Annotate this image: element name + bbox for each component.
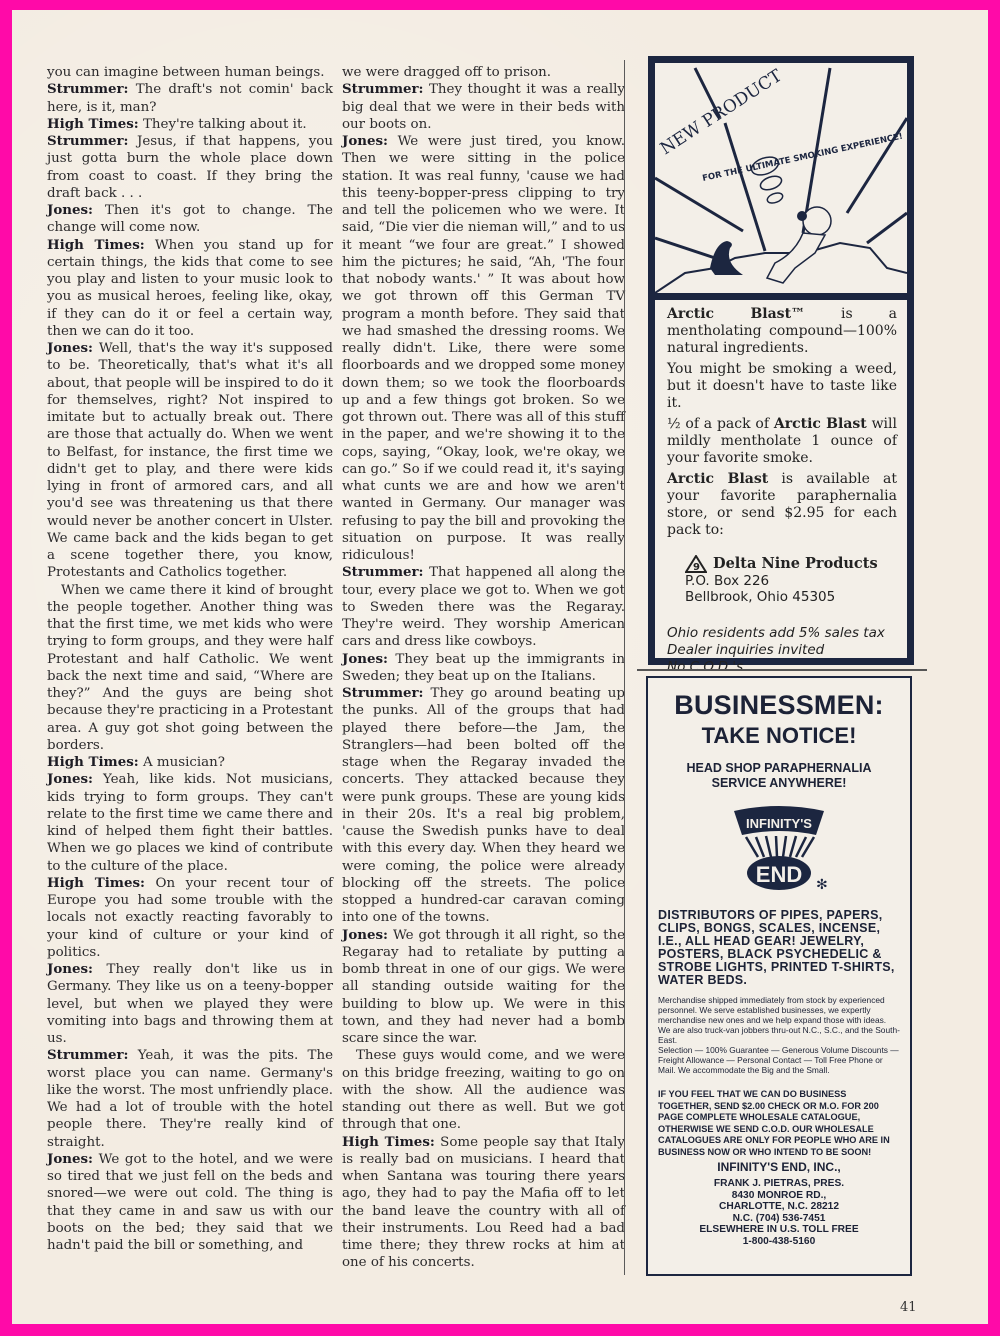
interview-paragraph: Jones: We got to the hotel, and we were …: [47, 1151, 333, 1255]
page-number: 41: [900, 1300, 917, 1315]
svg-text:✻: ✻: [816, 876, 828, 892]
speaker-label: Strummer:: [47, 133, 129, 149]
speaker-label: High Times:: [47, 237, 145, 253]
speaker-label: High Times:: [47, 754, 139, 770]
interview-paragraph: we were dragged off to prison.: [342, 64, 625, 81]
svg-text:NEW PRODUCT: NEW PRODUCT: [657, 65, 786, 159]
article-column-1: you can imagine between human beings.Str…: [47, 64, 333, 1254]
speaker-label: Jones:: [47, 771, 93, 787]
svg-text:FOR THE ULTIMATE SMOKING EXPER: FOR THE ULTIMATE SMOKING EXPERIENCE!: [702, 132, 904, 184]
speaker-label: Jones:: [47, 961, 93, 977]
svg-text:9: 9: [693, 562, 700, 573]
interview-paragraph: Strummer: That happened all along the to…: [342, 564, 625, 650]
speaker-label: High Times:: [47, 116, 139, 132]
interview-paragraph: Strummer: They thought it was a really b…: [342, 81, 625, 133]
arctic-blast-ad: NEW PRODUCT FOR THE ULTIMATE SMOKING EXP…: [648, 56, 914, 665]
delta-nine-logo-icon: 9: [685, 555, 707, 573]
magazine-page: you can imagine between human beings.Str…: [12, 10, 988, 1324]
interview-paragraph: Jones: Well, that's the way it's suppose…: [47, 340, 333, 582]
speaker-label: Strummer:: [47, 1047, 129, 1063]
ad-details: Merchandise shipped immediately from sto…: [648, 995, 910, 1075]
ad-paragraph-4: Arctic Blast is available at your favori…: [667, 471, 897, 539]
speaker-label: High Times:: [47, 875, 145, 891]
ad-paragraph-1: Arctic Blast™ is a mentholating compound…: [667, 306, 897, 357]
interview-paragraph: High Times: When you stand up for certai…: [47, 237, 333, 341]
company-name: Delta Nine Products: [713, 556, 878, 572]
interview-paragraph: Jones: Yeah, like kids. Not musicians, k…: [47, 771, 333, 875]
interview-paragraph: High Times: They're talking about it.: [47, 116, 333, 133]
speaker-label: Jones:: [342, 927, 388, 943]
ad-subheadline: TAKE NOTICE!: [648, 723, 910, 749]
speaker-label: Jones:: [342, 651, 388, 667]
interview-paragraph: Strummer: The draft's not comin' back he…: [47, 81, 333, 116]
interview-paragraph: Jones: Then it's got to change. The chan…: [47, 202, 333, 237]
infinitys-end-logo-icon: INFINITY'S END ✻: [724, 805, 834, 895]
product-list: DISTRIBUTORS OF PIPES, PAPERS, CLIPS, BO…: [648, 909, 910, 987]
interview-paragraph: High Times: Some people say that Italy i…: [342, 1134, 625, 1272]
contact-info: FRANK J. PIETRAS, PRES. 8430 MONROE RD.,…: [648, 1178, 910, 1247]
speaker-label: Strummer:: [342, 685, 424, 701]
speaker-label: Jones:: [47, 202, 93, 218]
mailing-address: 9 Delta Nine Products P.O. Box 226 Bellb…: [667, 555, 897, 605]
interview-paragraph: Jones: We were just tired, you know. The…: [342, 133, 625, 564]
infinitys-end-ad: BUSINESSMEN: TAKE NOTICE! HEAD SHOP PARA…: [646, 676, 912, 1276]
interview-paragraph: High Times: On your recent tour of Europ…: [47, 875, 333, 961]
speaker-label: Jones:: [342, 133, 388, 149]
speaker-label: Strummer:: [47, 81, 129, 97]
svg-text:INFINITY'S: INFINITY'S: [746, 816, 812, 831]
interview-paragraph: Strummer: Yeah, it was the pits. The wor…: [47, 1047, 333, 1151]
speaker-label: High Times:: [342, 1134, 435, 1150]
interview-paragraph: you can imagine between human beings.: [47, 64, 333, 81]
ad-headline: BUSINESSMEN:: [648, 690, 910, 721]
po-box: P.O. Box 226: [685, 573, 897, 589]
article-column-2: we were dragged off to prison.Strummer: …: [342, 64, 625, 1272]
company-name: INFINITY'S END, INC.,: [648, 1160, 910, 1174]
speaker-label: Strummer:: [342, 564, 424, 580]
interview-paragraph: Jones: We got through it all right, so t…: [342, 927, 625, 1048]
interview-paragraph: Strummer: They go around beating up the …: [342, 685, 625, 927]
ad-divider: [637, 669, 927, 671]
ad-tagline: HEAD SHOP PARAPHERNALIA SERVICE ANYWHERE…: [648, 761, 910, 791]
ad-paragraph-2: You might be smoking a weed, but it does…: [667, 361, 897, 412]
speaker-label: Jones:: [47, 1151, 93, 1167]
city-line: Bellbrook, Ohio 45305: [685, 589, 897, 605]
column-divider: [624, 60, 625, 1275]
interview-paragraph: Strummer: Jesus, if that happens, you ju…: [47, 133, 333, 202]
interview-paragraph: High Times: A musician?: [47, 754, 333, 771]
eskimo-smoking-illustration-icon: NEW PRODUCT FOR THE ULTIMATE SMOKING EXP…: [655, 63, 907, 293]
interview-paragraph: Jones: They beat up the immigrants in Sw…: [342, 651, 625, 686]
interview-paragraph: Jones: They really don't like us in Germ…: [47, 961, 333, 1047]
catalogue-offer: IF YOU FEEL THAT WE CAN DO BUSINESS TOGE…: [648, 1089, 910, 1158]
ad-illustration: NEW PRODUCT FOR THE ULTIMATE SMOKING EXP…: [655, 63, 907, 300]
interview-paragraph: These guys would come, and we were on th…: [342, 1047, 625, 1133]
svg-text:END: END: [756, 862, 802, 887]
speaker-label: Jones:: [47, 340, 93, 356]
ad-paragraph-3: ½ of a pack of Arctic Blast will mildly …: [667, 416, 897, 467]
speaker-label: Strummer:: [342, 81, 424, 97]
interview-paragraph: When we came there it kind of brought th…: [47, 582, 333, 755]
